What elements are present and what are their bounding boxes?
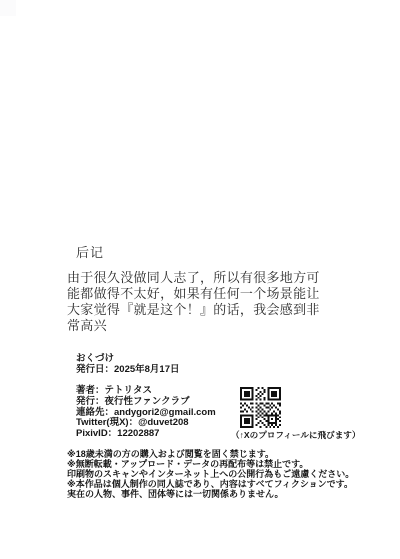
colophon-circle-line: 発行：夜行性ファンクラブ bbox=[76, 397, 216, 408]
colophon-contacts: 著者：テトリタス 発行：夜行性ファンクラブ 連絡先：andygori2@gmai… bbox=[76, 386, 216, 440]
disclaimer-line: ※本作品は個人制作の同人誌であり、内容はすべてフィクションです。 bbox=[67, 479, 354, 489]
disclaimer-line: 印刷物のスキャンやインターネット上への公開行為もご遠慮ください。 bbox=[67, 469, 354, 479]
disclaimer-line: ※18歳未満の方の購入および閲覧を固く禁じます。 bbox=[67, 449, 354, 459]
afterword-heading: 后记 bbox=[76, 246, 357, 260]
disclaimer-section: ※18歳未満の方の購入および閲覧を固く禁じます。 ※無断転載・アップロード・デー… bbox=[67, 449, 354, 499]
afterword-paragraph: 由于很久没做同人志了，所以有很多地方可 能都做得不太好，如果有任何一个场景能让 … bbox=[67, 270, 357, 334]
colophon-issue-date: 発行日：2025年8月17日 bbox=[76, 364, 179, 375]
qr-code bbox=[240, 387, 281, 428]
qr-caption: （↑Xのプロフィールに飛びます） bbox=[231, 430, 360, 441]
afterword-line: 能都做得不太好，如果有任何一个场景能让 bbox=[67, 286, 357, 302]
doujinshi-afterword-page: 后记 由于很久没做同人志了，所以有很多地方可 能都做得不太好，如果有任何一个场景… bbox=[0, 0, 400, 559]
afterword-line: 常高兴 bbox=[67, 318, 357, 334]
colophon-heading: おくづけ bbox=[76, 353, 179, 364]
afterword-line: 由于很久没做同人志了，所以有很多地方可 bbox=[67, 270, 357, 286]
colophon-pixiv-line: PixivID：12202887 bbox=[76, 429, 216, 440]
afterword-line: 大家觉得『就是这个！』的话，我会感到非 bbox=[67, 302, 357, 318]
disclaimer-line: 実在の人物、事件、団体等には一切関係ありません。 bbox=[67, 489, 354, 499]
afterword-section: 后记 由于很久没做同人志了，所以有很多地方可 能都做得不太好，如果有任何一个场景… bbox=[67, 246, 357, 334]
colophon-header: おくづけ 発行日：2025年8月17日 bbox=[76, 353, 179, 375]
disclaimer-line: ※無断転載・アップロード・データの再配布等は禁止です。 bbox=[67, 459, 354, 469]
scan-artifact bbox=[0, 0, 16, 16]
